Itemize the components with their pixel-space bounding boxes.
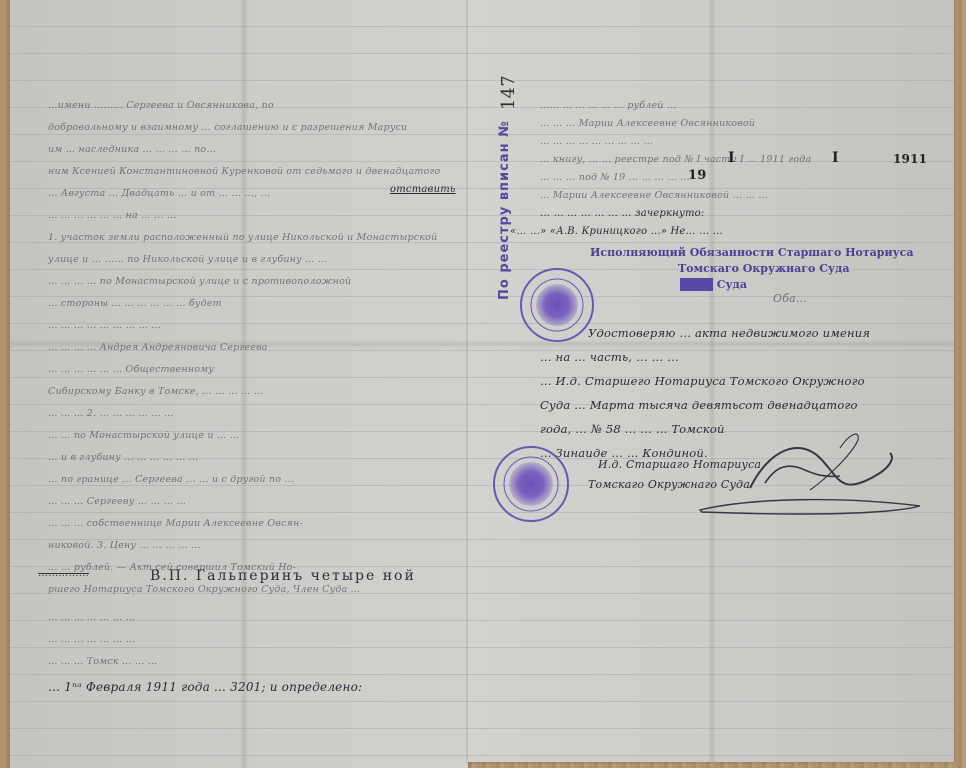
official-stamp-line-2: Томскаго Окружнаго Суда — [678, 262, 849, 275]
stamp-signature: Оба… — [773, 292, 807, 305]
handwritten-line: … … … под № 19 … … … … … — [540, 172, 690, 183]
handwritten-line: … … … … … … … — [48, 612, 135, 623]
endorsement-line: Суда … Марта тысяча девятьсот двенадцато… — [540, 398, 858, 412]
handwritten-line: … … … … … … … — [48, 634, 135, 645]
endorsement-line: … на … часть, … … … — [540, 350, 679, 364]
handwritten-line: … … … … … … Общественному — [48, 364, 214, 375]
register-number: 147 — [498, 75, 519, 110]
handwritten-line: Сибирскому Банку в Томске, … … … … … — [48, 386, 264, 397]
inserted-correction: В.П. Гальперинъ четыре ной — [150, 568, 416, 584]
handwritten-line: … Марии Алексеевне Овсянниковой … … … — [540, 190, 768, 201]
seal-ring-icon — [522, 270, 592, 340]
handwritten-line: никовой. 3. Цену … … … … … — [48, 540, 201, 551]
handwritten-line: …… … … … … … рублей … — [540, 100, 677, 111]
handwritten-line: … … … … … … … … … — [540, 136, 653, 147]
handwritten-line: 1. участок земли расположенный по улице … — [48, 232, 437, 243]
left-page: …имени ……… Сергеева и Овсянникова, по до… — [10, 0, 468, 768]
handwritten-line: … … … … по Монастырской улице и с против… — [48, 276, 351, 287]
handwritten-line: им … наследника … … … … по… — [48, 144, 216, 155]
handwritten-line: … … … собственнице Марии Алексеевне Овся… — [48, 518, 303, 529]
handwritten-line: … … … … … … на … … … — [48, 210, 177, 221]
struck-text: …………… — [38, 568, 89, 579]
handwritten-line: улице и … …… по Никольской улице и в глу… — [48, 254, 328, 265]
endorsement-line: … И.д. Старшего Нотариуса Томского Окруж… — [540, 374, 865, 388]
year-number: 1911 — [893, 152, 927, 166]
handwritten-line: … … по Монастырской улице и … … — [48, 430, 240, 441]
notary-signature — [690, 428, 930, 518]
handwritten-line: ршего Нотариуса Томского Окружного Суда,… — [48, 584, 360, 595]
handwritten-line: … … … Томск … … … — [48, 656, 157, 667]
handwritten-line: …имени ……… Сергеева и Овсянникова, по — [48, 100, 274, 111]
handwritten-line: … по границе … Сергеева … … и с другой п… — [48, 474, 294, 485]
handwritten-line: … стороны … … … … … … будет — [48, 298, 222, 309]
date-line: … 1ⁿᵃ Февраля 1911 года … 3201; и опреде… — [48, 680, 362, 694]
notarial-archive-seal — [493, 446, 569, 522]
handwritten-line: … … … 2. … … … … … … — [48, 408, 174, 419]
stamp-word-suda: Суда — [717, 278, 747, 291]
vertical-fold — [240, 0, 248, 768]
entry-number: 19 — [688, 168, 707, 183]
handwritten-line: … книгу, … … реестре под № I части I … 1… — [540, 154, 811, 165]
stamp-struck-word: Член — [680, 278, 713, 291]
handwritten-line: … Августа … Двадцать … и от … … …, … — [48, 188, 270, 199]
ruled-lines — [10, 0, 468, 768]
register-stamp: По реестру вписан № — [497, 120, 512, 300]
part-number-1: I — [728, 150, 735, 166]
handwritten-line: … … … … Андрея Андреяновича Сергеева — [48, 342, 268, 353]
official-stamp-line-3: Член Суда — [680, 278, 747, 291]
seal-ring-icon — [495, 448, 567, 520]
handwritten-line: … … … Сергееву … … … … — [48, 496, 186, 507]
handwritten-line: … … … … … … … зачеркнуто: — [540, 208, 704, 219]
margin-note: отставить — [390, 184, 456, 195]
official-stamp-line-1: Исполняющий Обязанности Старшаго Нотариу… — [590, 246, 914, 259]
endorsement-line: Удостоверяю … акта недвижимого имения — [588, 326, 870, 340]
right-page: …… … … … … … рублей … … … … Марии Алексе… — [468, 0, 954, 762]
handwritten-line: ним Ксенией Константиновной Куренковой о… — [48, 166, 440, 177]
handwritten-line: … … … Марии Алексеевне Овсянниковой — [540, 118, 755, 129]
horizontal-fold — [468, 340, 954, 348]
handwritten-line: … и в глубину … … … … … … — [48, 452, 198, 463]
handwritten-line: «… …» «А.В. Криницкого …» Не… … … — [510, 226, 723, 237]
handwritten-line: … … … … … … … … … — [48, 320, 161, 331]
part-number-2: I — [832, 150, 839, 166]
handwritten-line: добровольному и взаимному … соглашению и… — [48, 122, 407, 133]
notarial-archive-seal — [520, 268, 594, 342]
